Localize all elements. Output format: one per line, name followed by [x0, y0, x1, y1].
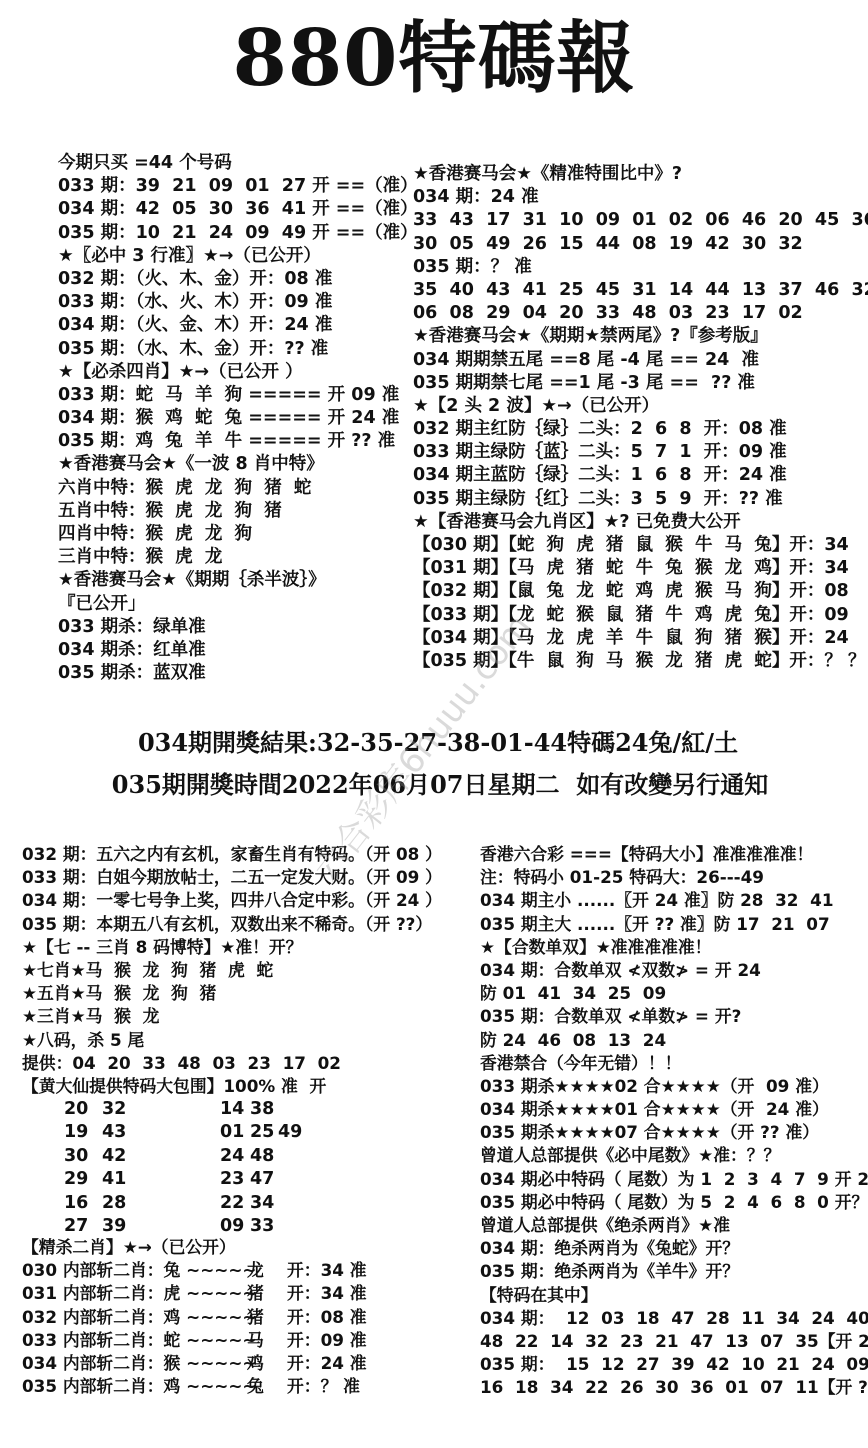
- number-cell: 16: [64, 1192, 88, 1215]
- text-line: 35 40 43 41 25 45 31 14 44 13 37 46 32 1…: [413, 279, 868, 302]
- kill-two-right: 龙: [247, 1259, 264, 1282]
- number-cell: 43: [102, 1121, 126, 1144]
- number-grid-row: 20321438: [64, 1098, 404, 1121]
- text-line: ★【七 -- 三肖 8 码博特】★准！开？: [22, 936, 442, 959]
- text-line: 035 期：？ 准: [413, 256, 868, 279]
- text-line: 035 期：（水、木、金）开：?? 准: [58, 338, 418, 361]
- text-line: ★七肖★马 猴 龙 狗 猪 虎 蛇: [22, 959, 442, 982]
- text-line: 035 期主大 ......〖开 ?? 准〗防 17 21 07: [480, 913, 868, 936]
- text-line: 034 期： 12 03 18 47 28 11 34 24 40 25: [480, 1307, 868, 1330]
- text-line: 【032 期】【鼠 兔 龙 蛇 鸡 虎 猴 马 狗】开：08: [413, 580, 868, 603]
- text-line: 035 期：绝杀两肖为《羊牛》开？: [480, 1260, 868, 1283]
- text-line: 曾道人总部提供《绝杀两肖》★准: [480, 1214, 868, 1237]
- text-line: 032 期：（火、木、金）开：08 准: [58, 268, 418, 291]
- number-cell: 14: [220, 1098, 244, 1121]
- text-line: 今期只买 =44 个号码: [58, 152, 418, 175]
- text-line: 四肖中特：猴 虎 龙 狗: [58, 523, 418, 546]
- number-cell: 09: [220, 1215, 244, 1238]
- number-cell: 25: [250, 1121, 274, 1144]
- text-line: 30 05 49 26 15 44 08 19 42 30 32: [413, 233, 868, 256]
- kill-two-left: 030 内部斩二肖：兔 ~~~~~: [22, 1259, 257, 1282]
- text-line: 六肖中特：猴 虎 龙 狗 猪 蛇: [58, 477, 418, 500]
- left-top-section: 今期只买 =44 个号码033 期：39 21 09 01 27 开 ==（准）…: [58, 152, 418, 685]
- kill-two-left: 032 内部斩二肖：鸡 ~~~~~: [22, 1306, 257, 1329]
- number-cell: 47: [250, 1168, 274, 1191]
- kill-two-right: 鸡: [247, 1352, 264, 1375]
- text-line: 【黄大仙提供特码大包围】100% 准 开: [22, 1075, 442, 1098]
- draw-result-line: 034期開獎結果:32-35-27-38-01-44特碼24兔/紅/土: [4, 728, 868, 758]
- kill-two-left: 035 内部斩二肖：鸡 ~~~~~: [22, 1375, 257, 1398]
- text-line: 034 期杀：红单准: [58, 639, 418, 662]
- number-cell: 48: [250, 1145, 274, 1168]
- text-line: ★〖必中 3 行准〗★→（已公开）: [58, 245, 418, 268]
- kill-two-row: 035 内部斩二肖：鸡 ~~~~~兔开：？ 准: [22, 1375, 422, 1398]
- number-cell: 01: [220, 1121, 244, 1144]
- number-cell: 32: [102, 1098, 126, 1121]
- text-line: 032 期主红防｛绿｝二头：2 6 8 开：08 准: [413, 418, 868, 441]
- text-line: 033 期主绿防｛蓝｝二头：5 7 1 开：09 准: [413, 441, 868, 464]
- text-line: 035 期必中特码（ 尾数）为 5 2 4 6 8 0 开？: [480, 1191, 868, 1214]
- kill-two-left: 031 内部斩二肖：虎 ~~~~~: [22, 1282, 257, 1305]
- text-line: 034 期期禁五尾 ==8 尾 -4 尾 == 24 准: [413, 349, 868, 372]
- text-line: 033 期：白姐今期放帖士，二五一定发大财。（开 09 ）: [22, 866, 442, 889]
- next-draw-time-line: 035期開獎時間2022年06月07日星期二 如有改變另行通知: [6, 770, 868, 800]
- text-line: 三肖中特：猴 虎 龙: [58, 546, 418, 569]
- number-cell: 34: [250, 1192, 274, 1215]
- text-line: 注：特码小 01-25 特码大：26---49: [480, 866, 868, 889]
- text-line: 035 期： 15 12 27 39 42 10 21 24 09 49: [480, 1353, 868, 1376]
- right-top-section: ★香港赛马会★《精准特围比中》?034 期：24 准33 43 17 31 10…: [413, 163, 868, 673]
- text-line: 033 期：39 21 09 01 27 开 ==（准）: [58, 175, 418, 198]
- text-line: ★【合数单双】★准准准准准！: [480, 936, 868, 959]
- kill-two-right: 猪: [247, 1306, 264, 1329]
- text-line: 防 24 46 08 13 24: [480, 1029, 868, 1052]
- text-line: 035 期主绿防｛红｝二头：3 5 9 开：?? 准: [413, 488, 868, 511]
- text-line: 035 期：本期五八有玄机，双数出来不稀奇。（开 ??）: [22, 913, 442, 936]
- text-line: ★五肖★马 猴 龙 狗 猪: [22, 982, 442, 1005]
- text-line: 提供：04 20 33 48 03 23 17 02: [22, 1052, 442, 1075]
- text-line: 034 期：合数单双 ≮双数≯ = 开 24: [480, 959, 868, 982]
- text-line: 032 期：五六之内有玄机，家畜生肖有特码。（开 08 ）: [22, 843, 442, 866]
- page-title: 880特碼報: [0, 14, 868, 104]
- number-cell: 24: [220, 1145, 244, 1168]
- number-cell: 23: [220, 1168, 244, 1191]
- text-line: 034 期主小 ......〖开 24 准〗防 28 32 41: [480, 889, 868, 912]
- kill-two-left: 034 内部斩二肖：猴 ~~~~~: [22, 1352, 257, 1375]
- kill-two-row: 032 内部斩二肖：鸡 ~~~~~猪开：08 准: [22, 1306, 422, 1329]
- number-grid-row: 1943012549: [64, 1121, 404, 1144]
- text-line: ★八码，杀 5 尾: [22, 1029, 442, 1052]
- text-line: ★【2 头 2 波】★→（已公开）: [413, 395, 868, 418]
- number-cell: 33: [250, 1215, 274, 1238]
- text-line: 五肖中特：猴 虎 龙 狗 猪: [58, 500, 418, 523]
- number-cell: 20: [64, 1098, 88, 1121]
- text-line: 香港禁合（今年无错）！！: [480, 1052, 868, 1075]
- number-cell: 39: [102, 1215, 126, 1238]
- text-line: 033 期杀：绿单准: [58, 616, 418, 639]
- text-line: 034 期：一零七号争上奖，四井八合定中彩。（开 24 ）: [22, 889, 442, 912]
- text-line: ★【香港赛马会九肖区】★? 已免费大公开: [413, 511, 868, 534]
- text-line: ★【必杀四肖】★→（已公开 ）: [58, 361, 418, 384]
- number-cell: 22: [220, 1192, 244, 1215]
- text-line: 035 期期禁七尾 ==1 尾 -3 尾 == ?? 准: [413, 372, 868, 395]
- number-cell: 42: [102, 1145, 126, 1168]
- text-line: 034 期必中特码（ 尾数）为 1 2 3 4 7 9 开 24: [480, 1168, 868, 1191]
- kill-two-row: 034 内部斩二肖：猴 ~~~~~鸡开：24 准: [22, 1352, 422, 1375]
- number-cell: 41: [102, 1168, 126, 1191]
- text-line: 035 期杀★★★★07 合★★★★（开 ?? 准）: [480, 1121, 868, 1144]
- text-line: 034 期：42 05 30 36 41 开 ==（准）: [58, 198, 418, 221]
- kill-two-row: 031 内部斩二肖：虎 ~~~~~猪开：34 准: [22, 1282, 422, 1305]
- text-line: 【031 期】【马 虎 猪 蛇 牛 兔 猴 龙 鸡】开：34: [413, 557, 868, 580]
- text-line: 『已公开」: [58, 593, 418, 616]
- number-grid: 2032143819430125493042244829412347162822…: [64, 1098, 404, 1238]
- text-line: ★香港赛马会★《精准特围比中》?: [413, 163, 868, 186]
- number-cell: 30: [64, 1145, 88, 1168]
- kill-two-zodiac-section: 【精杀二肖】★→（已公开）030 内部斩二肖：兔 ~~~~~龙开：34 准031…: [22, 1236, 422, 1398]
- kill-two-open: 开：34 准: [287, 1282, 367, 1305]
- kill-two-left: 033 内部斩二肖：蛇 ~~~~~: [22, 1329, 257, 1352]
- text-line: 033 期：蛇 马 羊 狗 ===== 开 09 准: [58, 384, 418, 407]
- number-cell: 49: [278, 1121, 302, 1144]
- text-line: 033 期杀★★★★02 合★★★★（开 09 准）: [480, 1075, 868, 1098]
- kill-two-right: 马: [247, 1329, 264, 1352]
- text-line: 035 期：合数单双 ≮单数≯ = 开?: [480, 1005, 868, 1028]
- text-line: 034 期杀★★★★01 合★★★★（开 24 准）: [480, 1098, 868, 1121]
- text-line: 33 43 17 31 10 09 01 02 06 46 20 45 36 4…: [413, 209, 868, 232]
- kill-two-row: 030 内部斩二肖：兔 ~~~~~龙开：34 准: [22, 1259, 422, 1282]
- number-cell: 19: [64, 1121, 88, 1144]
- text-line: 16 18 34 22 26 30 36 01 07 11【开 ??】: [480, 1376, 868, 1399]
- kill-two-open: 开：？ 准: [287, 1375, 360, 1398]
- text-line: 防 01 41 34 25 09: [480, 982, 868, 1005]
- text-line: 曾道人总部提供《必中尾数》★准：？？: [480, 1144, 868, 1167]
- number-grid-row: 29412347: [64, 1168, 404, 1191]
- kill-two-open: 开：09 准: [287, 1329, 367, 1352]
- text-line: 香港六合彩 ===【特码大小】准准准准准！: [480, 843, 868, 866]
- text-line: 034 期：24 准: [413, 186, 868, 209]
- number-cell: 29: [64, 1168, 88, 1191]
- text-line: 034 期：（火、金、木）开：24 准: [58, 314, 418, 337]
- text-line: ★香港赛马会★《期期｛杀半波｝》: [58, 569, 418, 592]
- number-cell: 38: [250, 1098, 274, 1121]
- text-line: 033 期：（水、火、木）开：09 准: [58, 291, 418, 314]
- number-grid-row: 16282234: [64, 1192, 404, 1215]
- number-grid-row: 30422448: [64, 1145, 404, 1168]
- kill-two-right: 猪: [247, 1282, 264, 1305]
- left-bottom-section: 032 期：五六之内有玄机，家畜生肖有特码。（开 08 ）033 期：白姐今期放…: [22, 843, 442, 1098]
- text-line: 【特码在其中】: [480, 1284, 868, 1307]
- text-line: 【034 期】【马 龙 虎 羊 牛 鼠 狗 猪 猴】开：24: [413, 627, 868, 650]
- text-line: ★香港赛马会★《一波 8 肖中特》: [58, 453, 418, 476]
- kill-two-open: 开：24 准: [287, 1352, 367, 1375]
- text-line: ★三肖★马 猴 龙: [22, 1005, 442, 1028]
- kill-two-open: 开：08 准: [287, 1306, 367, 1329]
- right-bottom-section: 香港六合彩 ===【特码大小】准准准准准！注：特码小 01-25 特码大：26-…: [480, 843, 868, 1400]
- text-line: 035 期：鸡 兔 羊 牛 ===== 开 ?? 准: [58, 430, 418, 453]
- text-line: 035 期杀：蓝双准: [58, 662, 418, 685]
- number-cell: 28: [102, 1192, 126, 1215]
- text-line: 【033 期】【龙 蛇 猴 鼠 猪 牛 鸡 虎 兔】开：09: [413, 604, 868, 627]
- text-line: 034 期：绝杀两肖为《兔蛇》开？: [480, 1237, 868, 1260]
- kill-two-right: 兔: [247, 1375, 264, 1398]
- text-line: 035 期：10 21 24 09 49 开 ==（准）: [58, 222, 418, 245]
- text-line: 034 期：猴 鸡 蛇 兔 ===== 开 24 准: [58, 407, 418, 430]
- kill-two-row: 033 内部斩二肖：蛇 ~~~~~马开：09 准: [22, 1329, 422, 1352]
- text-line: ★香港赛马会★《期期★禁两尾》?『参考版』: [413, 325, 868, 348]
- text-line: 48 22 14 32 23 21 47 13 07 35【开 24】: [480, 1330, 868, 1353]
- kill-two-open: 开：34 准: [287, 1259, 367, 1282]
- kill-two-header: 【精杀二肖】★→（已公开）: [22, 1236, 422, 1259]
- number-grid-row: 27390933: [64, 1215, 404, 1238]
- text-line: 【035 期】【牛 鼠 狗 马 猴 龙 猪 虎 蛇】开：？ ？: [413, 650, 868, 673]
- text-line: 06 08 29 04 20 33 48 03 23 17 02: [413, 302, 868, 325]
- text-line: 【030 期】【蛇 狗 虎 猪 鼠 猴 牛 马 兔】开：34: [413, 534, 868, 557]
- text-line: 034 期主蓝防｛绿｝二头：1 6 8 开：24 准: [413, 464, 868, 487]
- number-cell: 27: [64, 1215, 88, 1238]
